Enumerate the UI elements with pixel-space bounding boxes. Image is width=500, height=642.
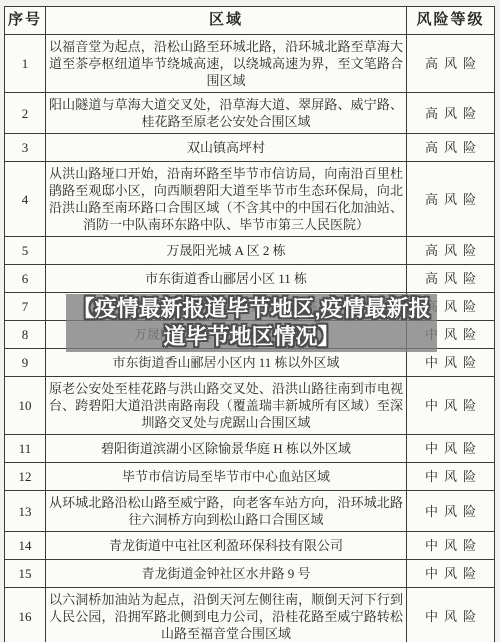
table-row: 13 从环城北路沿松山路至威宁路，向老客车站方向，沿环城北路往六洞桥方向到松山路… xyxy=(5,491,494,532)
header-seq: 序号 xyxy=(5,7,46,34)
risk-level-text: 中风险 xyxy=(425,537,482,554)
area-cell: 市东街道香山郦居小区内 11 栋以外区域 xyxy=(46,349,407,376)
risk-level-text: 高风险 xyxy=(425,191,482,208)
area-text: 以福音堂为起点，沿松山路至环城北路，沿环城北路至草海大道至茶亭枢纽道毕节绕城高速… xyxy=(49,38,403,89)
area-text: 以六洞桥加油站为起点，沿倒天河左侧往南，顺倒天河下行到人民公园，沿拥军路北侧到电… xyxy=(49,591,403,642)
area-cell: 市东街道香山郦居小区 11 栋 xyxy=(46,265,407,292)
header-area: 区域 xyxy=(46,7,407,34)
risk-level-text: 中风险 xyxy=(425,608,482,625)
table-row: 12 毕节市信访局至毕节市中心血站区域 中风险 xyxy=(5,463,494,491)
area-cell: 原老公安处至桂花路与洪山路交叉处、沿洪山路往南到市电视台、跨碧阳大道沿洪南路南段… xyxy=(46,377,407,434)
area-text: 原老公安处至桂花路与洪山路交叉处、沿洪山路往南到市电视台、跨碧阳大道沿洪南路南段… xyxy=(49,380,403,431)
row-number-cell: 13 xyxy=(5,491,46,531)
row-number-cell: 8 xyxy=(5,321,46,348)
risk-cell: 中风险 xyxy=(407,532,494,559)
area-cell: 阳山隧道与草海大道交叉处，沿草海大道、翠屏路、威宁路、桂花路至原老公安处合围区域 xyxy=(46,93,407,133)
table-row: 15 青龙街道金钟社区水井路 9 号 中风险 xyxy=(5,560,494,588)
area-text: 阳山隧道与草海大道交叉处，沿草海大道、翠屏路、威宁路、桂花路至原老公安处合围区域 xyxy=(49,96,403,130)
area-text: 从环城北路沿松山路至威宁路，向老客车站方向，沿环城北路往六洞桥方向到松山路口合围… xyxy=(49,494,403,528)
area-cell: 从洪山路垭口开始，沿南环路至毕节市信访局，向南沿百里杜鹃路至观邸小区，向西顺碧阳… xyxy=(46,162,407,236)
row-number-cell: 7 xyxy=(5,293,46,320)
table-row: 16 以六洞桥加油站为起点，沿倒天河左侧往南，顺倒天河下行到人民公园，沿拥军路北… xyxy=(5,588,494,642)
risk-cell: 中风险 xyxy=(407,435,494,462)
row-number-cell: 9 xyxy=(5,349,46,376)
area-text: 毕节市信访局至毕节市中心血站区域 xyxy=(49,468,403,485)
area-text: 万晟阳光城 A 区 2 栋 xyxy=(49,242,403,259)
risk-level-text: 中风险 xyxy=(425,503,482,520)
row-number-cell: 10 xyxy=(5,377,46,434)
row-number-cell: 14 xyxy=(5,532,46,559)
area-cell: 碧阳街道滨湖小区除愉景华庭 H 栋以外区域 xyxy=(46,435,407,462)
table-row: 6 市东街道香山郦居小区 11 栋 高风险 xyxy=(5,265,494,293)
risk-cell: 中风险 xyxy=(407,491,494,531)
area-cell: 青龙街道金钟社区水井路 9 号 xyxy=(46,560,407,587)
area-cell: 双山镇高坪村 xyxy=(46,134,407,161)
row-number-cell: 5 xyxy=(5,237,46,264)
risk-level-text: 中风险 xyxy=(425,440,482,457)
risk-cell: 高风险 xyxy=(407,265,494,292)
table-row: 5 万晟阳光城 A 区 2 栋 高风险 xyxy=(5,237,494,265)
area-cell: 毕节市信访局至毕节市中心血站区域 xyxy=(46,463,407,490)
risk-cell: 中风险 xyxy=(407,588,494,642)
area-text: 碧阳街道滨湖小区除愉景华庭 H 栋以外区域 xyxy=(49,440,403,457)
area-text: 从洪山路垭口开始，沿南环路至毕节市信访局，向南沿百里杜鹃路至观邸小区，向西顺碧阳… xyxy=(49,165,403,233)
risk-cell: 高风险 xyxy=(407,134,494,161)
table-row: 10 原老公安处至桂花路与洪山路交叉处、沿洪山路往南到市电视台、跨碧阳大道沿洪南… xyxy=(5,377,494,435)
table-row: 1 以福音堂为起点，沿松山路至环城北路，沿环城北路至草海大道至茶亭枢纽道毕节绕城… xyxy=(5,35,494,93)
area-text: 市东街道香山郦居小区内 11 栋以外区域 xyxy=(49,354,403,371)
risk-cell: 高风险 xyxy=(407,237,494,264)
row-number-cell: 2 xyxy=(5,93,46,133)
area-cell: 以福音堂为起点，沿松山路至环城北路，沿环城北路至草海大道至茶亭枢纽道毕节绕城高速… xyxy=(46,35,407,92)
area-cell: 万晟阳光城 A 区 2 栋 xyxy=(46,237,407,264)
table-row: 2 阳山隧道与草海大道交叉处，沿草海大道、翠屏路、威宁路、桂花路至原老公安处合围… xyxy=(5,93,494,134)
risk-cell: 中风险 xyxy=(407,463,494,490)
row-number-cell: 4 xyxy=(5,162,46,236)
table-header-row: 序号 区域 风险等级 xyxy=(5,7,494,35)
risk-level-text: 中风险 xyxy=(425,468,482,485)
area-cell: 从环城北路沿松山路至威宁路，向老客车站方向，沿环城北路往六洞桥方向到松山路口合围… xyxy=(46,491,407,531)
risk-level-text: 中风险 xyxy=(425,565,482,582)
area-text: 青龙街道金钟社区水井路 9 号 xyxy=(49,565,403,582)
table-row: 14 青龙街道中屯社区利盈环保科技有限公司 中风险 xyxy=(5,532,494,560)
watermark-text-line2: 道毕节地区情况】 xyxy=(163,323,339,351)
risk-level-text: 中风险 xyxy=(425,397,482,414)
risk-level-text: 高风险 xyxy=(425,270,482,287)
table-row: 9 市东街道香山郦居小区内 11 栋以外区域 中风险 xyxy=(5,349,494,377)
row-number-cell: 11 xyxy=(5,435,46,462)
area-cell: 青龙街道中屯社区利盈环保科技有限公司 xyxy=(46,532,407,559)
risk-cell: 高风险 xyxy=(407,93,494,133)
area-cell: 以六洞桥加油站为起点，沿倒天河左侧往南，顺倒天河下行到人民公园，沿拥军路北侧到电… xyxy=(46,588,407,642)
watermark-overlay: 【疫情最新报道毕节地区,疫情最新报 道毕节地区情况】 xyxy=(66,294,437,352)
row-number-cell: 16 xyxy=(5,588,46,642)
area-text: 青龙街道中屯社区利盈环保科技有限公司 xyxy=(49,537,403,554)
area-text: 双山镇高坪村 xyxy=(49,139,403,156)
risk-level-text: 高风险 xyxy=(425,105,482,122)
row-number-cell: 1 xyxy=(5,35,46,92)
table-row: 3 双山镇高坪村 高风险 xyxy=(5,134,494,162)
row-number-cell: 6 xyxy=(5,265,46,292)
table-row: 11 碧阳街道滨湖小区除愉景华庭 H 栋以外区域 中风险 xyxy=(5,435,494,463)
area-text: 市东街道香山郦居小区 11 栋 xyxy=(49,270,403,287)
table-row: 4 从洪山路垭口开始，沿南环路至毕节市信访局，向南沿百里杜鹃路至观邸小区，向西顺… xyxy=(5,162,494,237)
risk-cell: 高风险 xyxy=(407,162,494,236)
risk-level-text: 高风险 xyxy=(425,55,482,72)
risk-cell: 中风险 xyxy=(407,377,494,434)
risk-level-text: 高风险 xyxy=(425,242,482,259)
risk-level-text: 中风险 xyxy=(425,354,482,371)
risk-cell: 中风险 xyxy=(407,349,494,376)
risk-cell: 中风险 xyxy=(407,560,494,587)
risk-cell: 高风险 xyxy=(407,35,494,92)
row-number-cell: 15 xyxy=(5,560,46,587)
row-number-cell: 3 xyxy=(5,134,46,161)
watermark-text-line1: 【疫情最新报道毕节地区,疫情最新报 xyxy=(72,295,430,323)
header-risk-level: 风险等级 xyxy=(407,7,494,34)
row-number-cell: 12 xyxy=(5,463,46,490)
risk-level-text: 高风险 xyxy=(425,139,482,156)
